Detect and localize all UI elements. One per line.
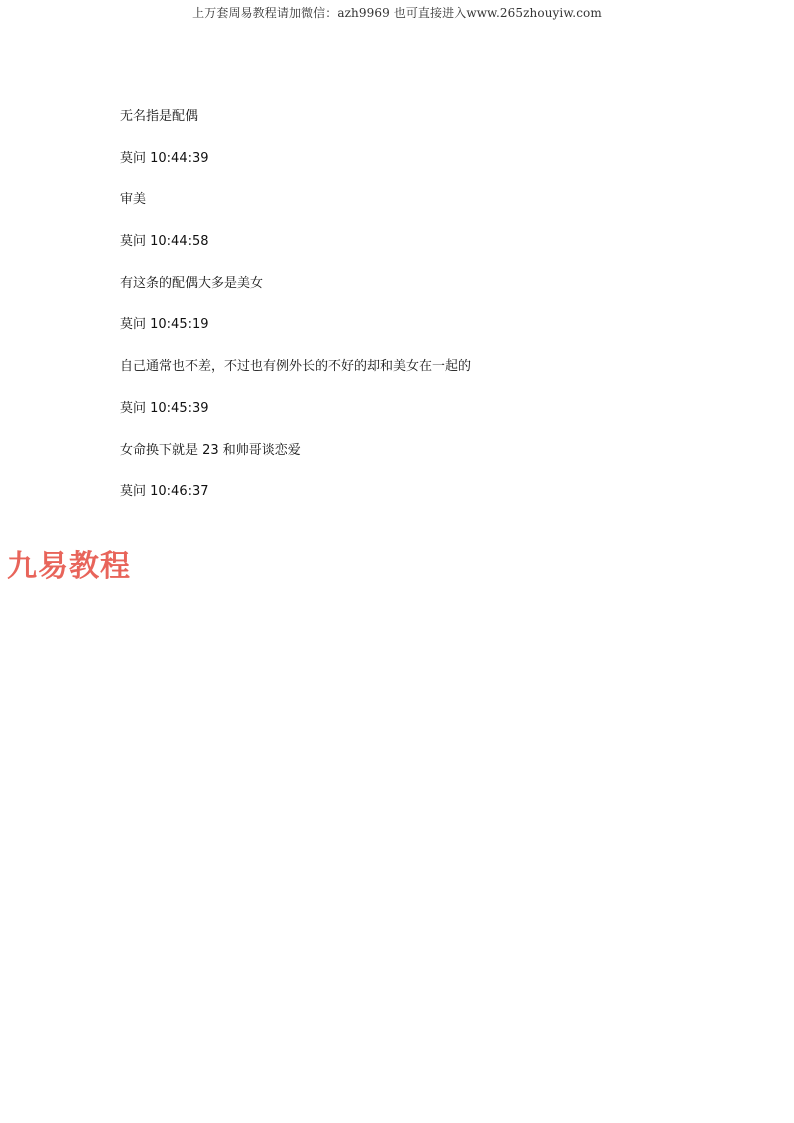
chat-message: 无名指是配偶 [120,108,680,150]
watermark-logo: 九易教程 [7,541,131,585]
chat-message: 审美 [120,191,680,233]
chat-sender-timestamp: 莫问 10:46:37 [120,483,680,525]
chat-sender-timestamp: 莫问 10:44:39 [120,150,680,192]
chat-message: 自己通常也不差，不过也有例外长的不好的却和美女在一起的 [120,358,680,400]
chat-sender-timestamp: 莫问 10:44:58 [120,233,680,275]
chat-log: 无名指是配偶 莫问 10:44:39 审美 莫问 10:44:58 有这条的配偶… [120,108,680,525]
chat-message: 有这条的配偶大多是美女 [120,275,680,317]
header-banner: 上万套周易教程请加微信：azh9969 也可直接进入www.265zhouyiw… [0,4,794,21]
chat-sender-timestamp: 莫问 10:45:19 [120,316,680,358]
chat-sender-timestamp: 莫问 10:45:39 [120,400,680,442]
chat-message: 女命换下就是 23 和帅哥谈恋爱 [120,442,680,484]
